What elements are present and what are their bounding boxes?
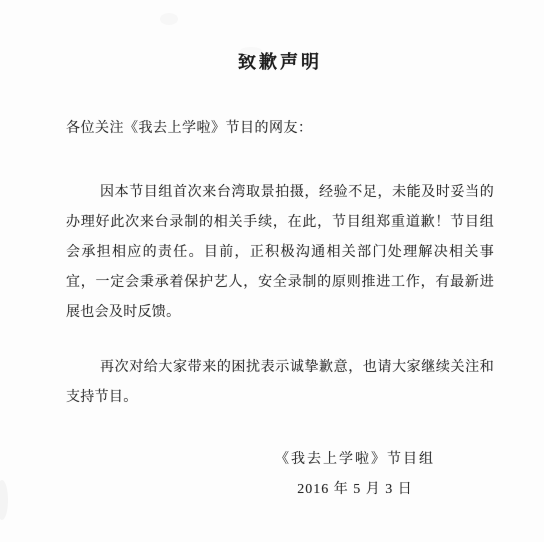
scan-artifact xyxy=(160,13,178,25)
scan-artifact xyxy=(0,480,8,520)
closing-block: 《我去上学啦》节目组 2016 年 5 月 3 日 xyxy=(226,445,484,505)
salutation-line: 各位关注《我去上学啦》节目的网友： xyxy=(66,114,494,144)
body-paragraph-2: 再次对给大家带来的困扰表示诚挚歉意，也请大家继续关注和支持节目。 xyxy=(66,353,494,413)
apology-letter-page: 致歉声明 各位关注《我去上学啦》节目的网友： 因本节目组首次来台湾取景拍摄，经验… xyxy=(0,0,544,542)
body-paragraph-1: 因本节目组首次来台湾取景拍摄，经验不足，未能及时妥当的办理好此次来台录制的相关手… xyxy=(66,178,494,328)
signature-line: 《我去上学啦》节目组 xyxy=(226,445,484,475)
date-line: 2016 年 5 月 3 日 xyxy=(226,475,484,505)
document-title: 致歉声明 xyxy=(66,50,494,74)
